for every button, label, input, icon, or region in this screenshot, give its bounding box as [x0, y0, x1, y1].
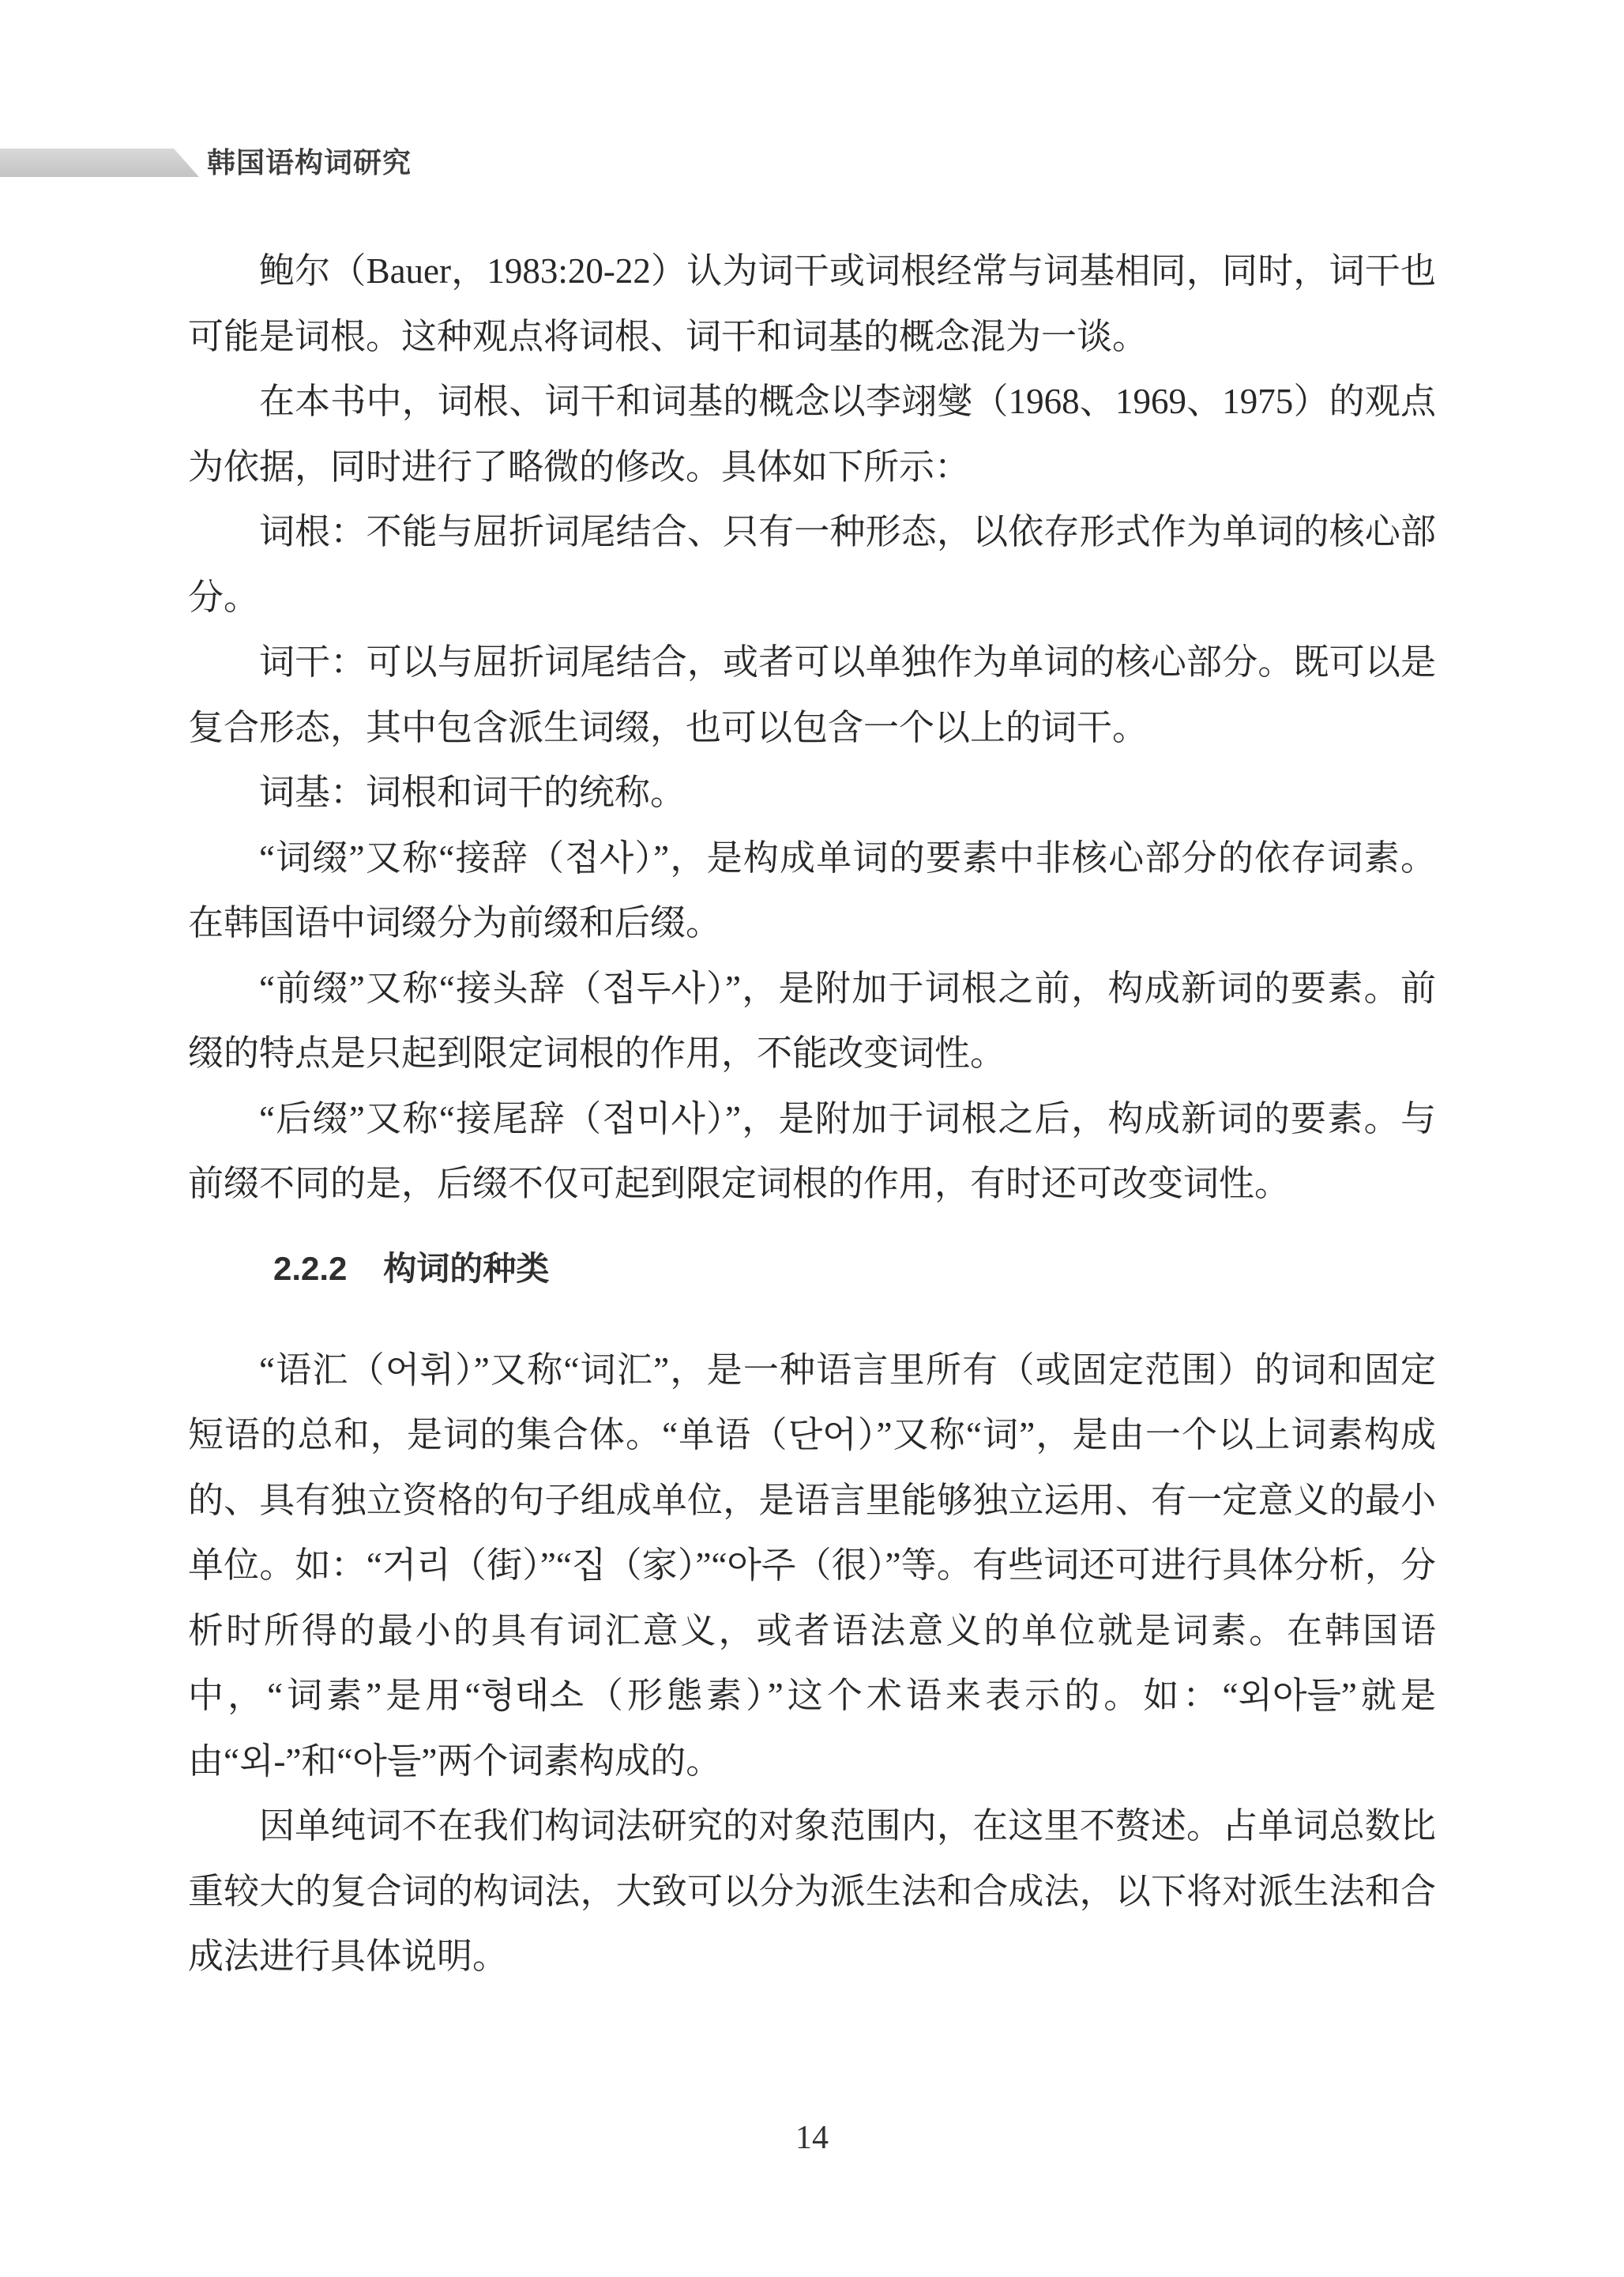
paragraph: “词缀”又称“接辞（접사）”，是构成单词的要素中非核心部分的依存词素。在韩国语中…	[188, 826, 1436, 956]
book-page: 韩国语构词研究 鲍尔（Bauer，1983:20-22）认为词干或词根经常与词基…	[0, 0, 1624, 2277]
paragraph: 鲍尔（Bauer，1983:20-22）认为词干或词根经常与词基相同，同时，词干…	[188, 239, 1436, 369]
paragraph: 词干：可以与屈折词尾结合，或者可以单独作为单词的核心部分。既可以是复合形态，其中…	[188, 630, 1436, 760]
paragraph: 词根：不能与屈折词尾结合、只有一种形态，以依存形式作为单词的核心部分。	[188, 499, 1436, 630]
paragraph: “前缀”又称“接头辞（접두사）”，是附加于词根之前，构成新词的要素。前缀的特点是…	[188, 956, 1436, 1086]
page-number: 14	[0, 2119, 1624, 2157]
paragraph: 在本书中，词根、词干和词基的概念以李翊燮（1968、1969、1975）的观点为…	[188, 369, 1436, 499]
section-heading: 2.2.2 构词的种类	[273, 1244, 1436, 1294]
section-title: 构词的种类	[383, 1244, 549, 1294]
book-title: 韩国语构词研究	[207, 145, 412, 180]
paragraph: “语汇（어휘）”又称“词汇”，是一种语言里所有（或固定范围）的词和固定短语的总和…	[188, 1338, 1436, 1794]
header-accent-bar	[0, 149, 199, 177]
paragraph: “后缀”又称“接尾辞（접미사）”，是附加于词根之后，构成新词的要素。与前缀不同的…	[188, 1086, 1436, 1217]
running-header: 韩国语构词研究	[0, 0, 1624, 190]
section-number: 2.2.2	[273, 1244, 347, 1294]
paragraph: 词基：词根和词干的统称。	[188, 760, 1436, 826]
paragraph: 因单纯词不在我们构词法研究的对象范围内，在这里不赘述。占单词总数比重较大的复合词…	[188, 1793, 1436, 1989]
body-text: 鲍尔（Bauer，1983:20-22）认为词干或词根经常与词基相同，同时，词干…	[188, 239, 1436, 1989]
